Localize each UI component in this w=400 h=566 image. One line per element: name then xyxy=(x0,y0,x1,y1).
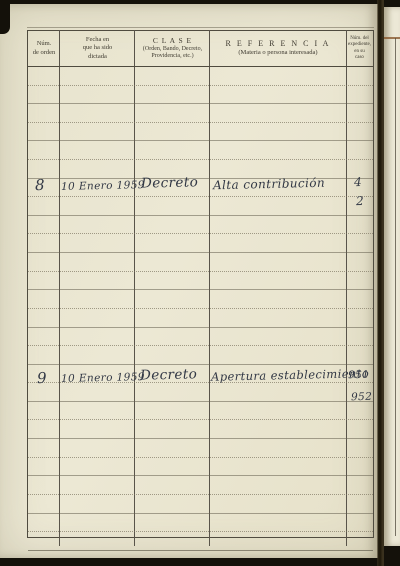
entry-file-number: 2 xyxy=(356,194,364,208)
table-header-row: Núm. de orden Fecha en que ha sido dicta… xyxy=(28,31,373,67)
header-num-orden: Núm. de orden xyxy=(28,31,60,66)
entry-num: 9 xyxy=(37,369,47,387)
entry-reference: Alta contribución xyxy=(213,176,325,193)
header-referencia: R E F E R E N C I A (Materia o persona i… xyxy=(210,31,346,66)
ruled-row xyxy=(28,328,373,365)
entry-class: Decreto xyxy=(141,174,199,191)
header-fecha: Fecha en que ha sido dictada xyxy=(60,31,135,66)
header-line: caso xyxy=(355,55,364,61)
header-line: dictada xyxy=(88,53,107,61)
entry-num: 8 xyxy=(35,176,45,194)
scan-edge-notch xyxy=(0,0,10,34)
entry-file-number: 4 xyxy=(354,175,362,189)
header-line: Núm. xyxy=(37,40,52,48)
header-line: que ha sido xyxy=(83,44,113,52)
header-line: C L A S E xyxy=(153,36,192,46)
ruled-row xyxy=(28,290,373,327)
header-line: R E F E R E N C I A xyxy=(226,39,331,49)
entry-date: 10 Enero 1959 xyxy=(61,371,145,385)
ruled-row xyxy=(28,476,373,513)
ruled-row xyxy=(28,253,373,290)
header-line: Fecha en xyxy=(86,36,109,44)
header-line: de orden xyxy=(33,49,56,57)
scanned-ledger-page: Núm. de orden Fecha en que ha sido dicta… xyxy=(0,0,400,566)
entry-file-number: 951 xyxy=(348,369,370,381)
ruled-row xyxy=(28,104,373,141)
entry-file-number: 952 xyxy=(351,391,373,403)
ruled-row xyxy=(28,141,373,178)
entry-date: 10 Enero 1959 xyxy=(61,179,145,193)
facing-page-edge xyxy=(384,7,400,546)
ruled-row xyxy=(28,67,373,104)
book-gutter xyxy=(377,0,384,566)
ruled-row xyxy=(28,514,373,551)
facing-page-rule xyxy=(384,37,400,39)
header-num-expediente: Núm. del expediente, en su caso xyxy=(346,31,373,66)
ruled-row xyxy=(28,439,373,476)
header-clase: C L A S E (Orden, Bando, Decreto, Provid… xyxy=(135,31,210,66)
registry-table: Núm. de orden Fecha en que ha sido dicta… xyxy=(27,30,374,538)
header-line: Providencia, etc.) xyxy=(151,53,193,61)
header-line: (Materia o persona interesada) xyxy=(238,49,317,57)
entry-class: Decreto xyxy=(140,366,198,383)
facing-page-border xyxy=(395,38,396,536)
ruled-row xyxy=(28,216,373,253)
ruled-row xyxy=(28,402,373,439)
table-body xyxy=(28,67,373,538)
